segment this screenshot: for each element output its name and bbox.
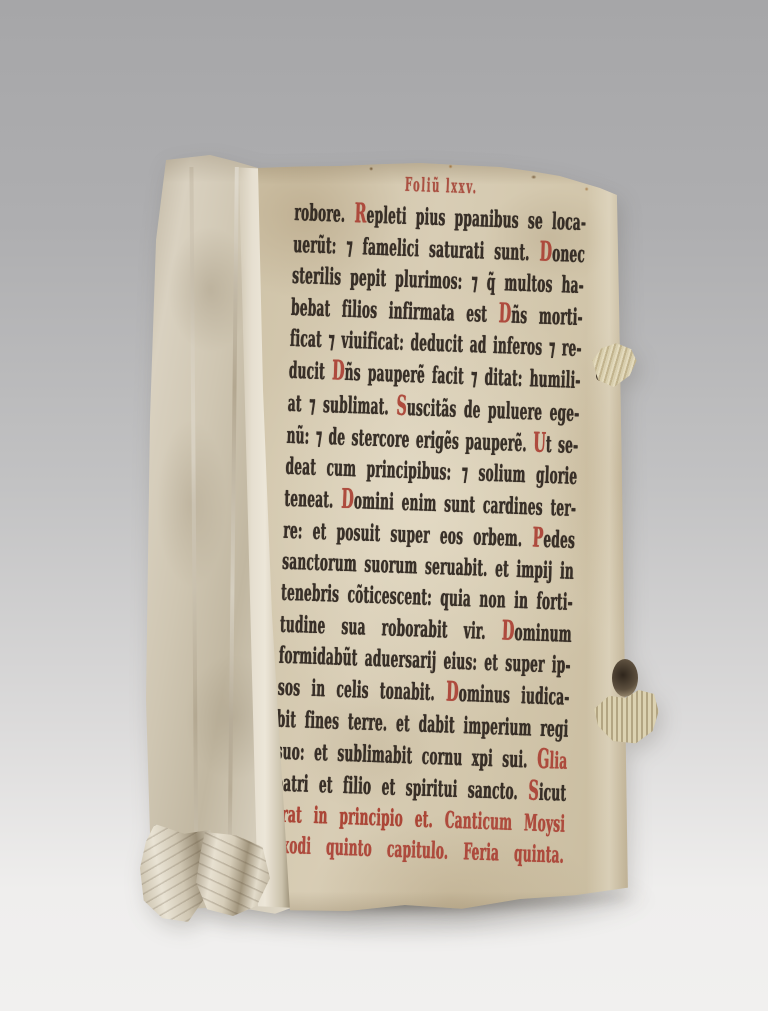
text-lines: robore. Repleti pius ppanibus se loca-ue… xyxy=(272,196,587,871)
book: Foliũ lxxv. robore. Repleti pius ppanibu… xyxy=(0,0,768,1011)
strap-hole-lower xyxy=(612,659,638,697)
black-text: sos in celis tonabit. xyxy=(277,674,446,707)
book-page: Foliũ lxxv. robore. Repleti pius ppanibu… xyxy=(254,162,632,914)
rubricated-text: U xyxy=(533,427,547,458)
black-text: teneat. xyxy=(284,485,342,514)
rubricated-text: lia xyxy=(549,747,568,775)
rubricated-text: G xyxy=(537,743,551,774)
black-text: uscitãs de puluere ege- xyxy=(406,394,579,427)
rubricated-text: R xyxy=(354,198,367,229)
black-text: edes xyxy=(543,526,576,554)
rubricated-text: Canticum Moysi xyxy=(444,806,565,837)
page-textblock: Foliũ lxxv. robore. Repleti pius ppanibu… xyxy=(272,166,588,871)
black-text: bebat filios infirmata est xyxy=(291,294,499,328)
black-text: erat in principio et. xyxy=(273,800,445,833)
black-text: ducit xyxy=(288,357,332,385)
black-text: icut xyxy=(538,779,566,807)
black-text: ominus iudica- xyxy=(458,680,570,711)
black-text: at ⁊ sublimat. xyxy=(287,389,397,420)
black-text: ominum xyxy=(514,619,572,648)
black-text: onec xyxy=(552,240,586,268)
photo-stage: Foliũ lxxv. robore. Repleti pius ppanibu… xyxy=(0,0,768,1011)
black-text: t se- xyxy=(545,431,578,459)
rubricated-text: D xyxy=(446,677,460,708)
black-text: robore. xyxy=(294,199,355,228)
black-text: ñs morti- xyxy=(511,302,584,331)
rubricated-text: D xyxy=(498,298,512,329)
rubricated-text: D xyxy=(501,616,515,647)
